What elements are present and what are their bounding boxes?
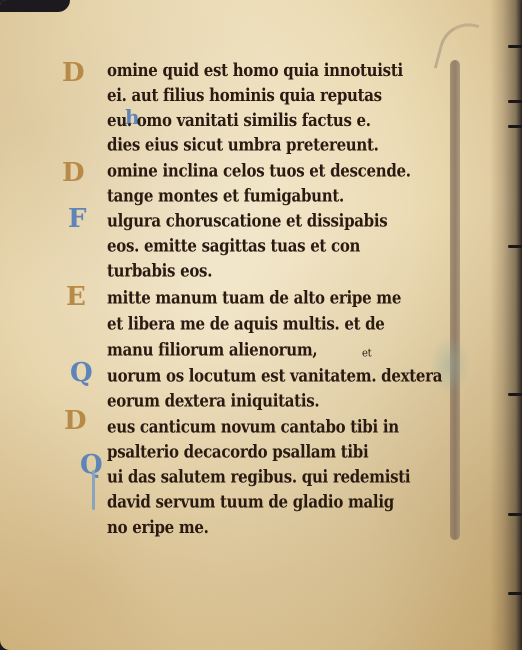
initial-q-tail-flourish [92,470,95,510]
initial-d-gold: D [64,408,87,434]
text-line: ulgura choruscatione et dissipabis [107,211,387,232]
text-line: david servum tuum de gladio malig [107,492,394,513]
text-line: mitte manum tuam de alto eripe me [107,288,401,309]
initial-q-blue: Q [70,360,93,386]
marginal-note: et [362,347,371,360]
text-line: ui das salutem regibus. qui redemisti [107,467,410,488]
decorative-border-bar [450,60,460,540]
text-line: uorum os locutum est vanitatem. dextera [107,366,442,387]
text-line: et libera me de aquis multis. et de [107,314,385,335]
binding-stitch [508,513,522,516]
binding-stitch [508,245,522,248]
initial-d-gold: D [62,160,85,186]
text-line: no eripe me. [107,517,209,538]
binding-stitch [508,100,522,103]
manuscript-page: D h D F E Q D Q omine quid est homo quia… [0,0,522,650]
text-line: turbabis eos. [107,261,212,282]
page-corner-shadow [0,0,70,12]
text-line: eu. omo vanitati similis factus e. [107,110,371,131]
text-line: eus canticum novum cantabo tibi in [107,417,399,438]
binding-stitch [508,125,522,128]
binding-gutter [490,0,522,650]
text-line: dies eius sicut umbra pretereunt. [107,135,379,156]
text-line: tange montes et fumigabunt. [107,186,344,207]
text-line: ei. aut filius hominis quia reputas [107,85,382,106]
text-line: omine quid est homo quia innotuisti [107,60,403,81]
binding-stitch [508,393,522,396]
binding-stitch [508,45,522,48]
text-line: manu filiorum alienorum, [107,340,317,361]
initial-f-blue: F [68,206,86,232]
text-line: omine inclina celos tuos et descende. [107,161,411,182]
binding-stitch [508,592,522,595]
text-line: eos. emitte sagittas tuas et con [107,236,360,257]
initial-e-gold: E [66,284,86,310]
text-line: eorum dextera iniquitatis. [107,391,319,412]
text-line: psalterio decacordo psallam tibi [107,442,368,463]
initial-d-gold: D [62,60,85,86]
